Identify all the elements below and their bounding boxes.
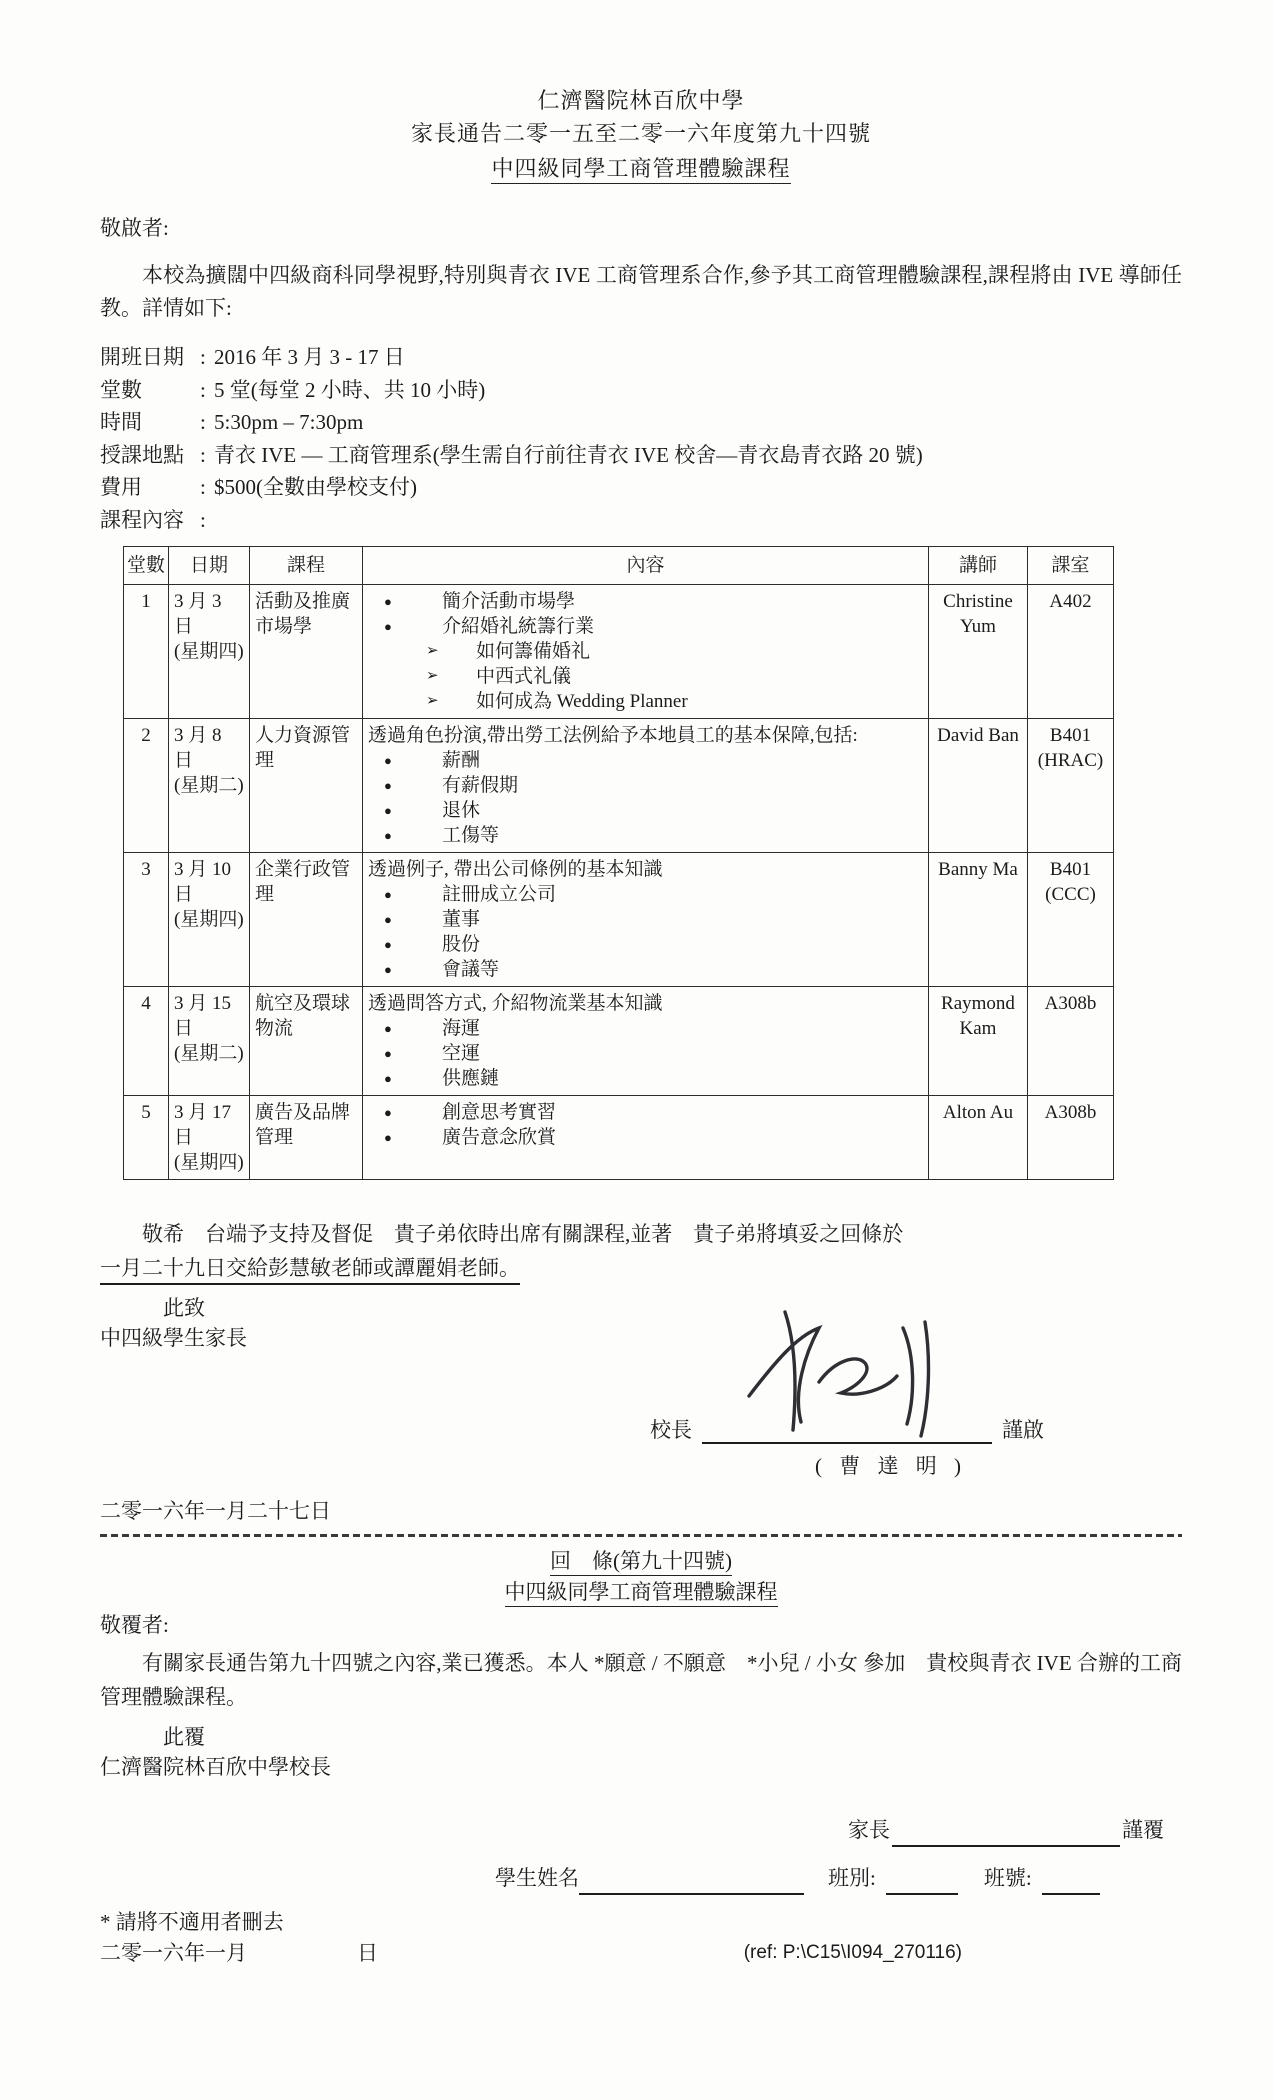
table-row: 3 3 月 10 日(星期四) 企業行政管理 透過例子, 帶出公司條例的基本知識… xyxy=(124,853,1114,987)
arrow-icon: ➢ xyxy=(426,689,476,714)
parent-signature-line xyxy=(892,1837,1120,1847)
deadline-underlined-text: 一月二十九日交給彭慧敏老師或譚麗娟老師。 xyxy=(100,1256,520,1285)
class-no-label: 班號: xyxy=(984,1861,1032,1895)
bullet-icon: ● xyxy=(368,1066,442,1091)
bullet-icon: ● xyxy=(368,932,442,957)
reply-date-suffix: 日 xyxy=(357,1937,378,1969)
course-cell: 活動及推廣市場學 xyxy=(250,585,363,719)
room-cell: B401 (HRAC) xyxy=(1028,719,1114,853)
intro-paragraph: 本校為擴闊中四級商科同學視野,特別與青衣 IVE 工商管理系合作,參予其工商管理… xyxy=(100,259,1182,325)
col-header-content: 內容 xyxy=(363,547,929,585)
col-header-room: 課室 xyxy=(1028,547,1114,585)
room-cell: A308b xyxy=(1028,987,1114,1096)
bullet-icon: ● xyxy=(368,1125,442,1150)
detail-venue: 授課地點:青衣 IVE — 工商管理系(學生需自行前往青衣 IVE 校舍—青衣島… xyxy=(100,439,1182,472)
closing-cizhi: 此致 xyxy=(100,1293,1182,1323)
content-cell: 透過角色扮演,帶出勞工法例給予本地員工的基本保障,包括: ●薪酬 ●有薪假期 ●… xyxy=(363,719,929,853)
bullet-icon: ● xyxy=(368,589,442,614)
bullet-icon: ● xyxy=(368,1041,442,1066)
lecturer-cell: Raymond Kam xyxy=(929,987,1028,1096)
reply-title: 回 條(第九十四號) xyxy=(100,1546,1182,1577)
reply-date-row: 二零一六年一月 日 (ref: P:\C15\I094_270116) xyxy=(100,1937,1182,1969)
course-schedule-table: 堂數 日期 課程 內容 講師 課室 1 3 月 3 日(星期四) 活動及推廣市場… xyxy=(123,546,1114,1180)
detail-fee: 費用:$500(全數由學校支付) xyxy=(100,471,1182,504)
table-row: 2 3 月 8 日(星期二) 人力資源管理 透過角色扮演,帶出勞工法例給予本地員… xyxy=(124,719,1114,853)
room-cell: A308b xyxy=(1028,1096,1114,1180)
arrow-icon: ➢ xyxy=(426,664,476,689)
principal-name: ( 曹 達 明 ) xyxy=(815,1450,967,1480)
bullet-icon: ● xyxy=(368,614,442,639)
notice-number: 家長通告二零一五至二零一六年度第九十四號 xyxy=(100,117,1182,150)
col-header-lecturer: 講師 xyxy=(929,547,1028,585)
signature-block: 校長 謹啟 ( 曹 達 明 ) xyxy=(100,1354,1182,1496)
lecturer-cell: Banny Ma xyxy=(929,853,1028,987)
request-paragraph: 敬希 台端予支持及督促 貴子弟依時出席有關課程,並著 貴子弟將填妥之回條於 xyxy=(100,1218,1182,1251)
bullet-icon: ● xyxy=(368,748,442,773)
notice-title-text: 中四級同學工商管理體驗課程 xyxy=(491,156,790,184)
room-cell: B401 (CCC) xyxy=(1028,853,1114,987)
col-header-course: 課程 xyxy=(250,547,363,585)
content-cell: 透過問答方式, 介紹物流業基本知識 ●海運 ●空運 ●供應鏈 xyxy=(363,987,929,1096)
reply-course-title: 中四級同學工商管理體驗課程 xyxy=(100,1577,1182,1608)
lecturer-cell: Christine Yum xyxy=(929,585,1028,719)
table-row: 4 3 月 15 日(星期二) 航空及環球物流 透過問答方式, 介紹物流業基本知… xyxy=(124,987,1114,1096)
course-cell: 人力資源管理 xyxy=(250,719,363,853)
bullet-icon: ● xyxy=(368,1016,442,1041)
student-name-line xyxy=(579,1885,804,1895)
bullet-icon: ● xyxy=(368,773,442,798)
table-header-row: 堂數 日期 課程 內容 講師 課室 xyxy=(124,547,1114,585)
closing-recipient: 中四級學生家長 xyxy=(100,1323,1182,1354)
date-cell: 3 月 15 日(星期二) xyxy=(169,987,250,1096)
col-header-date: 日期 xyxy=(169,547,250,585)
class-no-line xyxy=(1042,1885,1100,1895)
lecturer-cell: David Ban xyxy=(929,719,1028,853)
col-header-lesson: 堂數 xyxy=(124,547,169,585)
principal-sign-row: 校長 謹啟 xyxy=(650,1414,1044,1444)
course-cell: 廣告及品牌管理 xyxy=(250,1096,363,1180)
parent-sign-row: 家長 謹覆 xyxy=(100,1813,1182,1847)
bullet-icon: ● xyxy=(368,798,442,823)
reply-salutation: 敬覆者: xyxy=(100,1610,1182,1640)
bullet-icon: ● xyxy=(368,823,442,848)
date-cell: 3 月 3 日(星期四) xyxy=(169,585,250,719)
ref-number: (ref: P:\C15\I094_270116) xyxy=(744,1937,962,1969)
lecturer-cell: Alton Au xyxy=(929,1096,1028,1180)
table-row: 1 3 月 3 日(星期四) 活動及推廣市場學 ●簡介活動市場學 ●介紹婚礼統籌… xyxy=(124,585,1114,719)
student-name-label: 學生姓名 xyxy=(495,1861,579,1895)
reply-date-prefix: 二零一六年一月 xyxy=(100,1937,247,1969)
salutation: 敬啟者: xyxy=(100,213,1182,243)
principal-label: 校長 xyxy=(650,1414,692,1444)
detail-start-date: 開班日期:2016 年 3 月 3 - 17 日 xyxy=(100,341,1182,374)
class-label: 班別: xyxy=(828,1861,876,1895)
reply-body: 有關家長通告第九十四號之內容,業已獲悉。本人 *願意 / 不願意 *小兒 / 小… xyxy=(100,1646,1182,1714)
table-row: 5 3 月 17 日(星期四) 廣告及品牌管理 ●創意思考實習 ●廣告意念欣賞 … xyxy=(124,1096,1114,1180)
issue-date: 二零一六年一月二十七日 xyxy=(100,1496,1182,1526)
dashed-divider xyxy=(100,1534,1182,1537)
detail-time: 時間:5:30pm – 7:30pm xyxy=(100,406,1182,439)
course-cell: 航空及環球物流 xyxy=(250,987,363,1096)
delete-note: * 請將不適用者刪去 xyxy=(100,1907,1182,1937)
signature-line xyxy=(702,1432,992,1444)
parent-label: 家長 xyxy=(848,1813,890,1847)
class-line xyxy=(886,1885,958,1895)
parent-respect-label: 謹覆 xyxy=(1122,1813,1164,1847)
detail-content: 課程內容: xyxy=(100,504,1182,537)
detail-lessons: 堂數:5 堂(每堂 2 小時、共 10 小時) xyxy=(100,374,1182,407)
date-cell: 3 月 10 日(星期四) xyxy=(169,853,250,987)
bullet-icon: ● xyxy=(368,907,442,932)
deadline-line: 一月二十九日交給彭慧敏老師或譚麗娟老師。 xyxy=(100,1251,1182,1285)
room-cell: A402 xyxy=(1028,585,1114,719)
scanned-notice-page: 仁濟醫院林百欣中學 家長通告二零一五至二零一六年度第九十四號 中四級同學工商管理… xyxy=(0,0,1274,2100)
date-cell: 3 月 17 日(星期四) xyxy=(169,1096,250,1180)
date-cell: 3 月 8 日(星期二) xyxy=(169,719,250,853)
content-cell: ●創意思考實習 ●廣告意念欣賞 xyxy=(363,1096,929,1180)
bullet-icon: ● xyxy=(368,1100,442,1125)
notice-title: 中四級同學工商管理體驗課程 xyxy=(100,150,1182,187)
bullet-icon: ● xyxy=(368,957,442,982)
arrow-icon: ➢ xyxy=(426,639,476,664)
student-info-row: 學生姓名 班別: 班號: xyxy=(495,1861,1182,1895)
course-details: 開班日期:2016 年 3 月 3 - 17 日 堂數:5 堂(每堂 2 小時、… xyxy=(100,341,1182,536)
course-cell: 企業行政管理 xyxy=(250,853,363,987)
bullet-icon: ● xyxy=(368,882,442,907)
content-cell: 透過例子, 帶出公司條例的基本知識 ●註冊成立公司 ●董事 ●股份 ●會議等 xyxy=(363,853,929,987)
reply-slip: 回 條(第九十四號) 中四級同學工商管理體驗課程 敬覆者: 有關家長通告第九十四… xyxy=(100,1546,1182,1969)
reply-recipient: 仁濟醫院林百欣中學校長 xyxy=(100,1752,1182,1783)
reply-cifu: 此覆 xyxy=(100,1722,1182,1752)
respect-label: 謹啟 xyxy=(1002,1414,1044,1444)
school-name: 仁濟醫院林百欣中學 xyxy=(100,84,1182,117)
content-cell: ●簡介活動市場學 ●介紹婚礼統籌行業 ➢如何籌備婚礼 ➢中西式礼儀 ➢如何成為 … xyxy=(363,585,929,719)
